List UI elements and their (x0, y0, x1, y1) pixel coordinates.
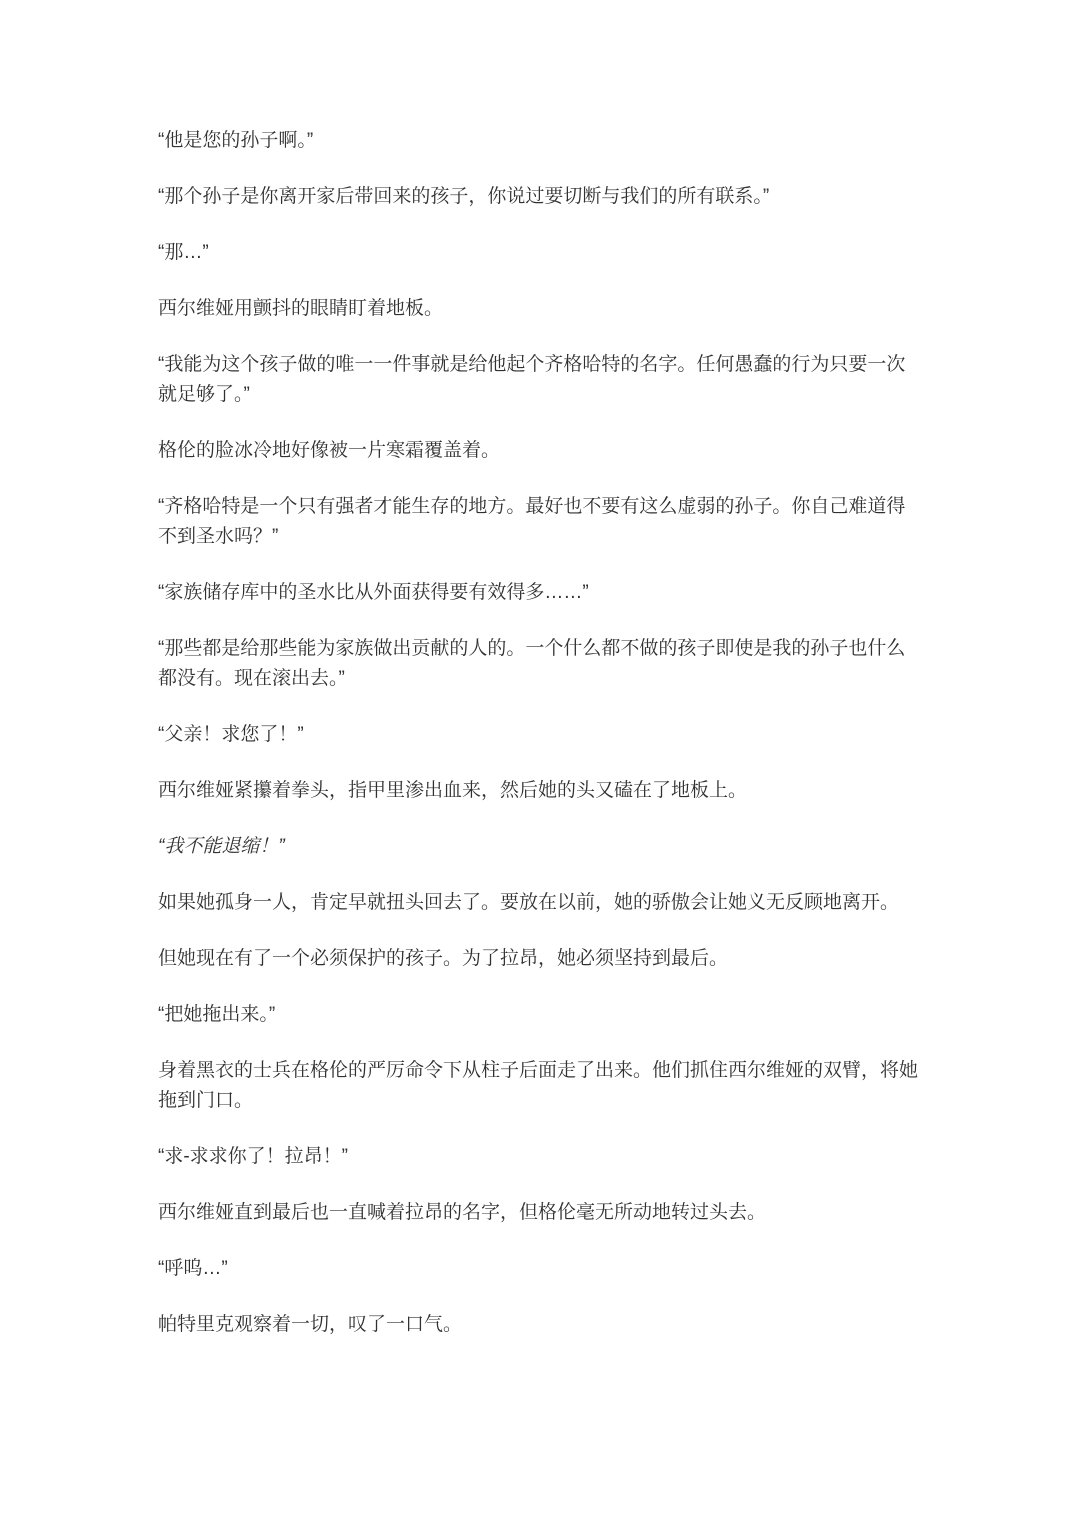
paragraph: “呼呜…” (158, 1254, 918, 1284)
paragraph: 西尔维娅直到最后也一直喊着拉昂的名字，但格伦毫无所动地转过头去。 (158, 1198, 918, 1228)
document-content: “他是您的孙子啊。”“那个孙子是你离开家后带回来的孩子，你说过要切断与我们的所有… (158, 126, 918, 1340)
paragraph: 如果她孤身一人，肯定早就扭头回去了。要放在以前，她的骄傲会让她义无反顾地离开。 (158, 888, 918, 918)
paragraph: “他是您的孙子啊。” (158, 126, 918, 156)
paragraph: 身着黑衣的士兵在格伦的严厉命令下从柱子后面走了出来。他们抓住西尔维娅的双臂，将她… (158, 1056, 918, 1116)
paragraph: “父亲！求您了！” (158, 720, 918, 750)
paragraph: 西尔维娅紧攥着拳头，指甲里渗出血来，然后她的头又磕在了地板上。 (158, 776, 918, 806)
paragraph: “那个孙子是你离开家后带回来的孩子，你说过要切断与我们的所有联系。” (158, 182, 918, 212)
paragraph: “我不能退缩！” (158, 832, 918, 862)
paragraph: “把她拖出来。” (158, 1000, 918, 1030)
paragraph: “求-求求你了！拉昂！” (158, 1142, 918, 1172)
paragraph: 帕特里克观察着一切，叹了一口气。 (158, 1310, 918, 1340)
paragraph: “那些都是给那些能为家族做出贡献的人的。一个什么都不做的孩子即使是我的孙子也什么… (158, 634, 918, 694)
paragraph: “我能为这个孩子做的唯一一件事就是给他起个齐格哈特的名字。任何愚蠢的行为只要一次… (158, 350, 918, 410)
paragraph: “那…” (158, 238, 918, 268)
paragraph: “齐格哈特是一个只有强者才能生存的地方。最好也不要有这么虚弱的孙子。你自己难道得… (158, 492, 918, 552)
paragraph: “家族储存库中的圣水比从外面获得要有效得多……” (158, 578, 918, 608)
paragraph: 格伦的脸冰冷地好像被一片寒霜覆盖着。 (158, 436, 918, 466)
document-page: “他是您的孙子啊。”“那个孙子是你离开家后带回来的孩子，你说过要切断与我们的所有… (0, 0, 1074, 1519)
paragraph: 但她现在有了一个必须保护的孩子。为了拉昂，她必须坚持到最后。 (158, 944, 918, 974)
paragraph: 西尔维娅用颤抖的眼睛盯着地板。 (158, 294, 918, 324)
